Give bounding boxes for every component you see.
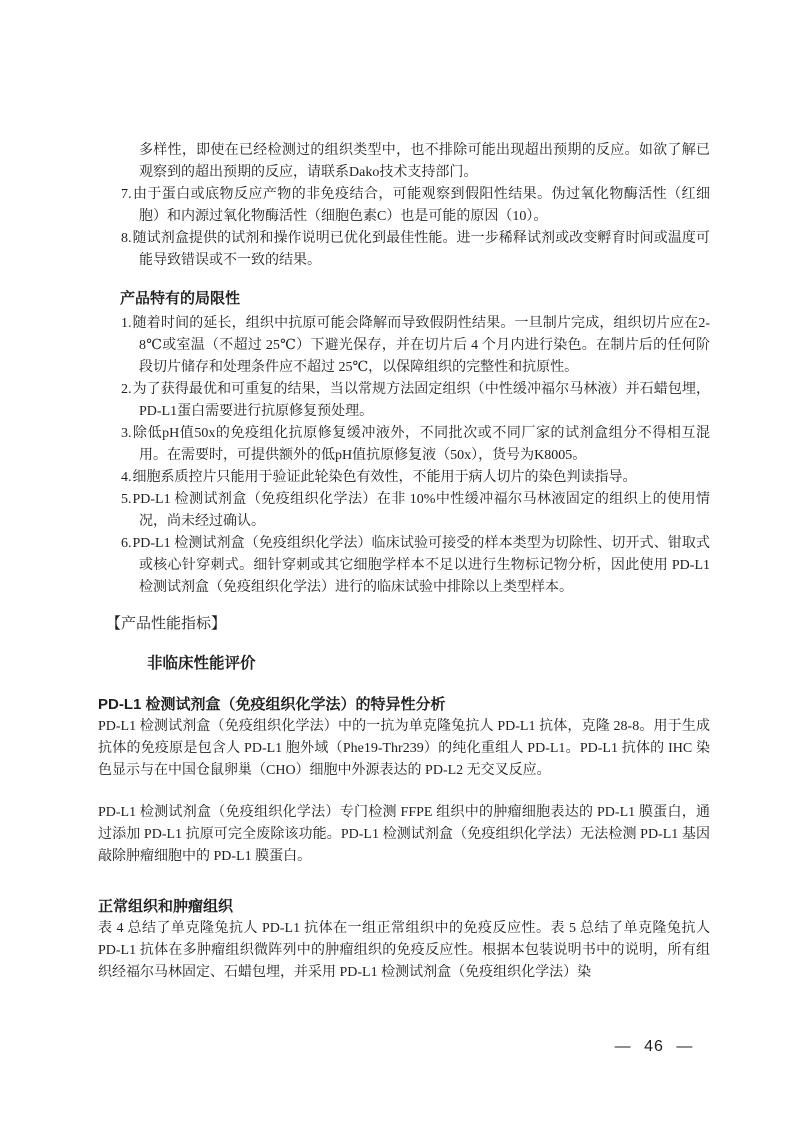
list-item: 7.由于蛋白或底物反应产物的非免疫结合，可能观察到假阳性结果。伪过氧化物酶活性（… xyxy=(121,184,710,228)
list-item-text: 细胞系质控片只能用于验证此轮染色有效性，不能用于病人切片的染色判读指导。 xyxy=(133,470,637,485)
paragraph-normal-tumor-tissue: 表 4 总结了单克隆兔抗人 PD-L1 抗体在一组正常组织中的免疫反应性。表 5… xyxy=(98,918,710,984)
list-item-number: 4. xyxy=(121,470,132,485)
list-item-text: PD-L1 检测试剂盒（免疫组织化学法）临床试验可接受的样本类型为切除性、切开式… xyxy=(133,536,711,595)
list-item: 6.PD-L1 检测试剂盒（免疫组织化学法）临床试验可接受的样本类型为切除性、切… xyxy=(121,533,710,599)
section-heading-performance-index: 【产品性能指标】 xyxy=(106,613,710,635)
subsection-heading-nonclinical-evaluation: 非临床性能评价 xyxy=(147,653,710,675)
paragraph-specificity-1: PD-L1 检测试剂盒（免疫组织化学法）中的一抗为单克隆兔抗人 PD-L1 抗体… xyxy=(98,716,710,782)
general-limitations-list: 多样性，即使在已经检测过的组织类型中，也不排除可能出现超出预期的反应。如欲了解已… xyxy=(121,140,710,272)
list-item-text: 为了获得最优和可重复的结果，当以常规方法固定组织（中性缓冲福尔马林液）并石蜡包埋… xyxy=(133,382,711,419)
list-item: 8.随试剂盒提供的试剂和操作说明已优化到最佳性能。进一步稀释试剂或改变孵育时间或… xyxy=(121,228,710,272)
list-item-text: 由于蛋白或底物反应产物的非免疫结合，可能观察到假阳性结果。伪过氧化物酶活性（红细… xyxy=(133,187,711,224)
section-heading-product-specific-limitations: 产品特有的局限性 xyxy=(120,288,710,310)
list-item-number: 6. xyxy=(121,536,132,551)
list-item-number: 7. xyxy=(121,187,132,202)
list-item-number: 2. xyxy=(121,382,132,397)
document-page: 多样性，即使在已经检测过的组织类型中，也不排除可能出现超出预期的反应。如欲了解已… xyxy=(0,0,793,1122)
list-item-text: PD-L1 检测试剂盒（免疫组织化学法）在非 10%中性缓冲福尔马林液固定的组织… xyxy=(133,492,711,529)
list-item-number: 8. xyxy=(121,231,132,246)
list-item-continuation: 多样性，即使在已经检测过的组织类型中，也不排除可能出现超出预期的反应。如欲了解已… xyxy=(121,140,710,184)
list-item: 1.随着时间的延长，组织中抗原可能会降解而导致假阴性结果。一旦制片完成，组织切片… xyxy=(121,313,710,379)
subsection-heading-normal-tumor-tissue: 正常组织和肿瘤组织 xyxy=(98,896,710,918)
list-item: 5.PD-L1 检测试剂盒（免疫组织化学法）在非 10%中性缓冲福尔马林液固定的… xyxy=(121,489,710,533)
list-item: 3.除低pH值50x的免疫组化抗原修复缓冲液外，不同批次或不同厂家的试剂盒组分不… xyxy=(121,423,710,467)
page-content: 多样性，即使在已经检测过的组织类型中，也不排除可能出现超出预期的反应。如欲了解已… xyxy=(0,0,793,984)
list-item-number: 5. xyxy=(121,492,132,507)
list-item: 4.细胞系质控片只能用于验证此轮染色有效性，不能用于病人切片的染色判读指导。 xyxy=(121,467,710,489)
subsection-heading-specificity-analysis: PD-L1 检测试剂盒（免疫组织化学法）的特异性分析 xyxy=(98,694,710,716)
list-item: 2.为了获得最优和可重复的结果，当以常规方法固定组织（中性缓冲福尔马林液）并石蜡… xyxy=(121,379,710,423)
paragraph-specificity-2: PD-L1 检测试剂盒（免疫组织化学法）专门检测 FFPE 组织中的肿瘤细胞表达… xyxy=(98,802,710,868)
list-item-text: 随试剂盒提供的试剂和操作说明已优化到最佳性能。进一步稀释试剂或改变孵育时间或温度… xyxy=(133,231,711,268)
list-item-number: 3. xyxy=(121,426,132,441)
product-specific-limitations-list: 1.随着时间的延长，组织中抗原可能会降解而导致假阴性结果。一旦制片完成，组织切片… xyxy=(121,313,710,599)
list-item-number: 1. xyxy=(121,316,132,331)
page-number: — 46 — xyxy=(598,1036,710,1058)
list-item-text: 除低pH值50x的免疫组化抗原修复缓冲液外，不同批次或不同厂家的试剂盒组分不得相… xyxy=(133,426,711,463)
list-item-text: 随着时间的延长，组织中抗原可能会降解而导致假阴性结果。一旦制片完成，组织切片应在… xyxy=(133,316,711,375)
